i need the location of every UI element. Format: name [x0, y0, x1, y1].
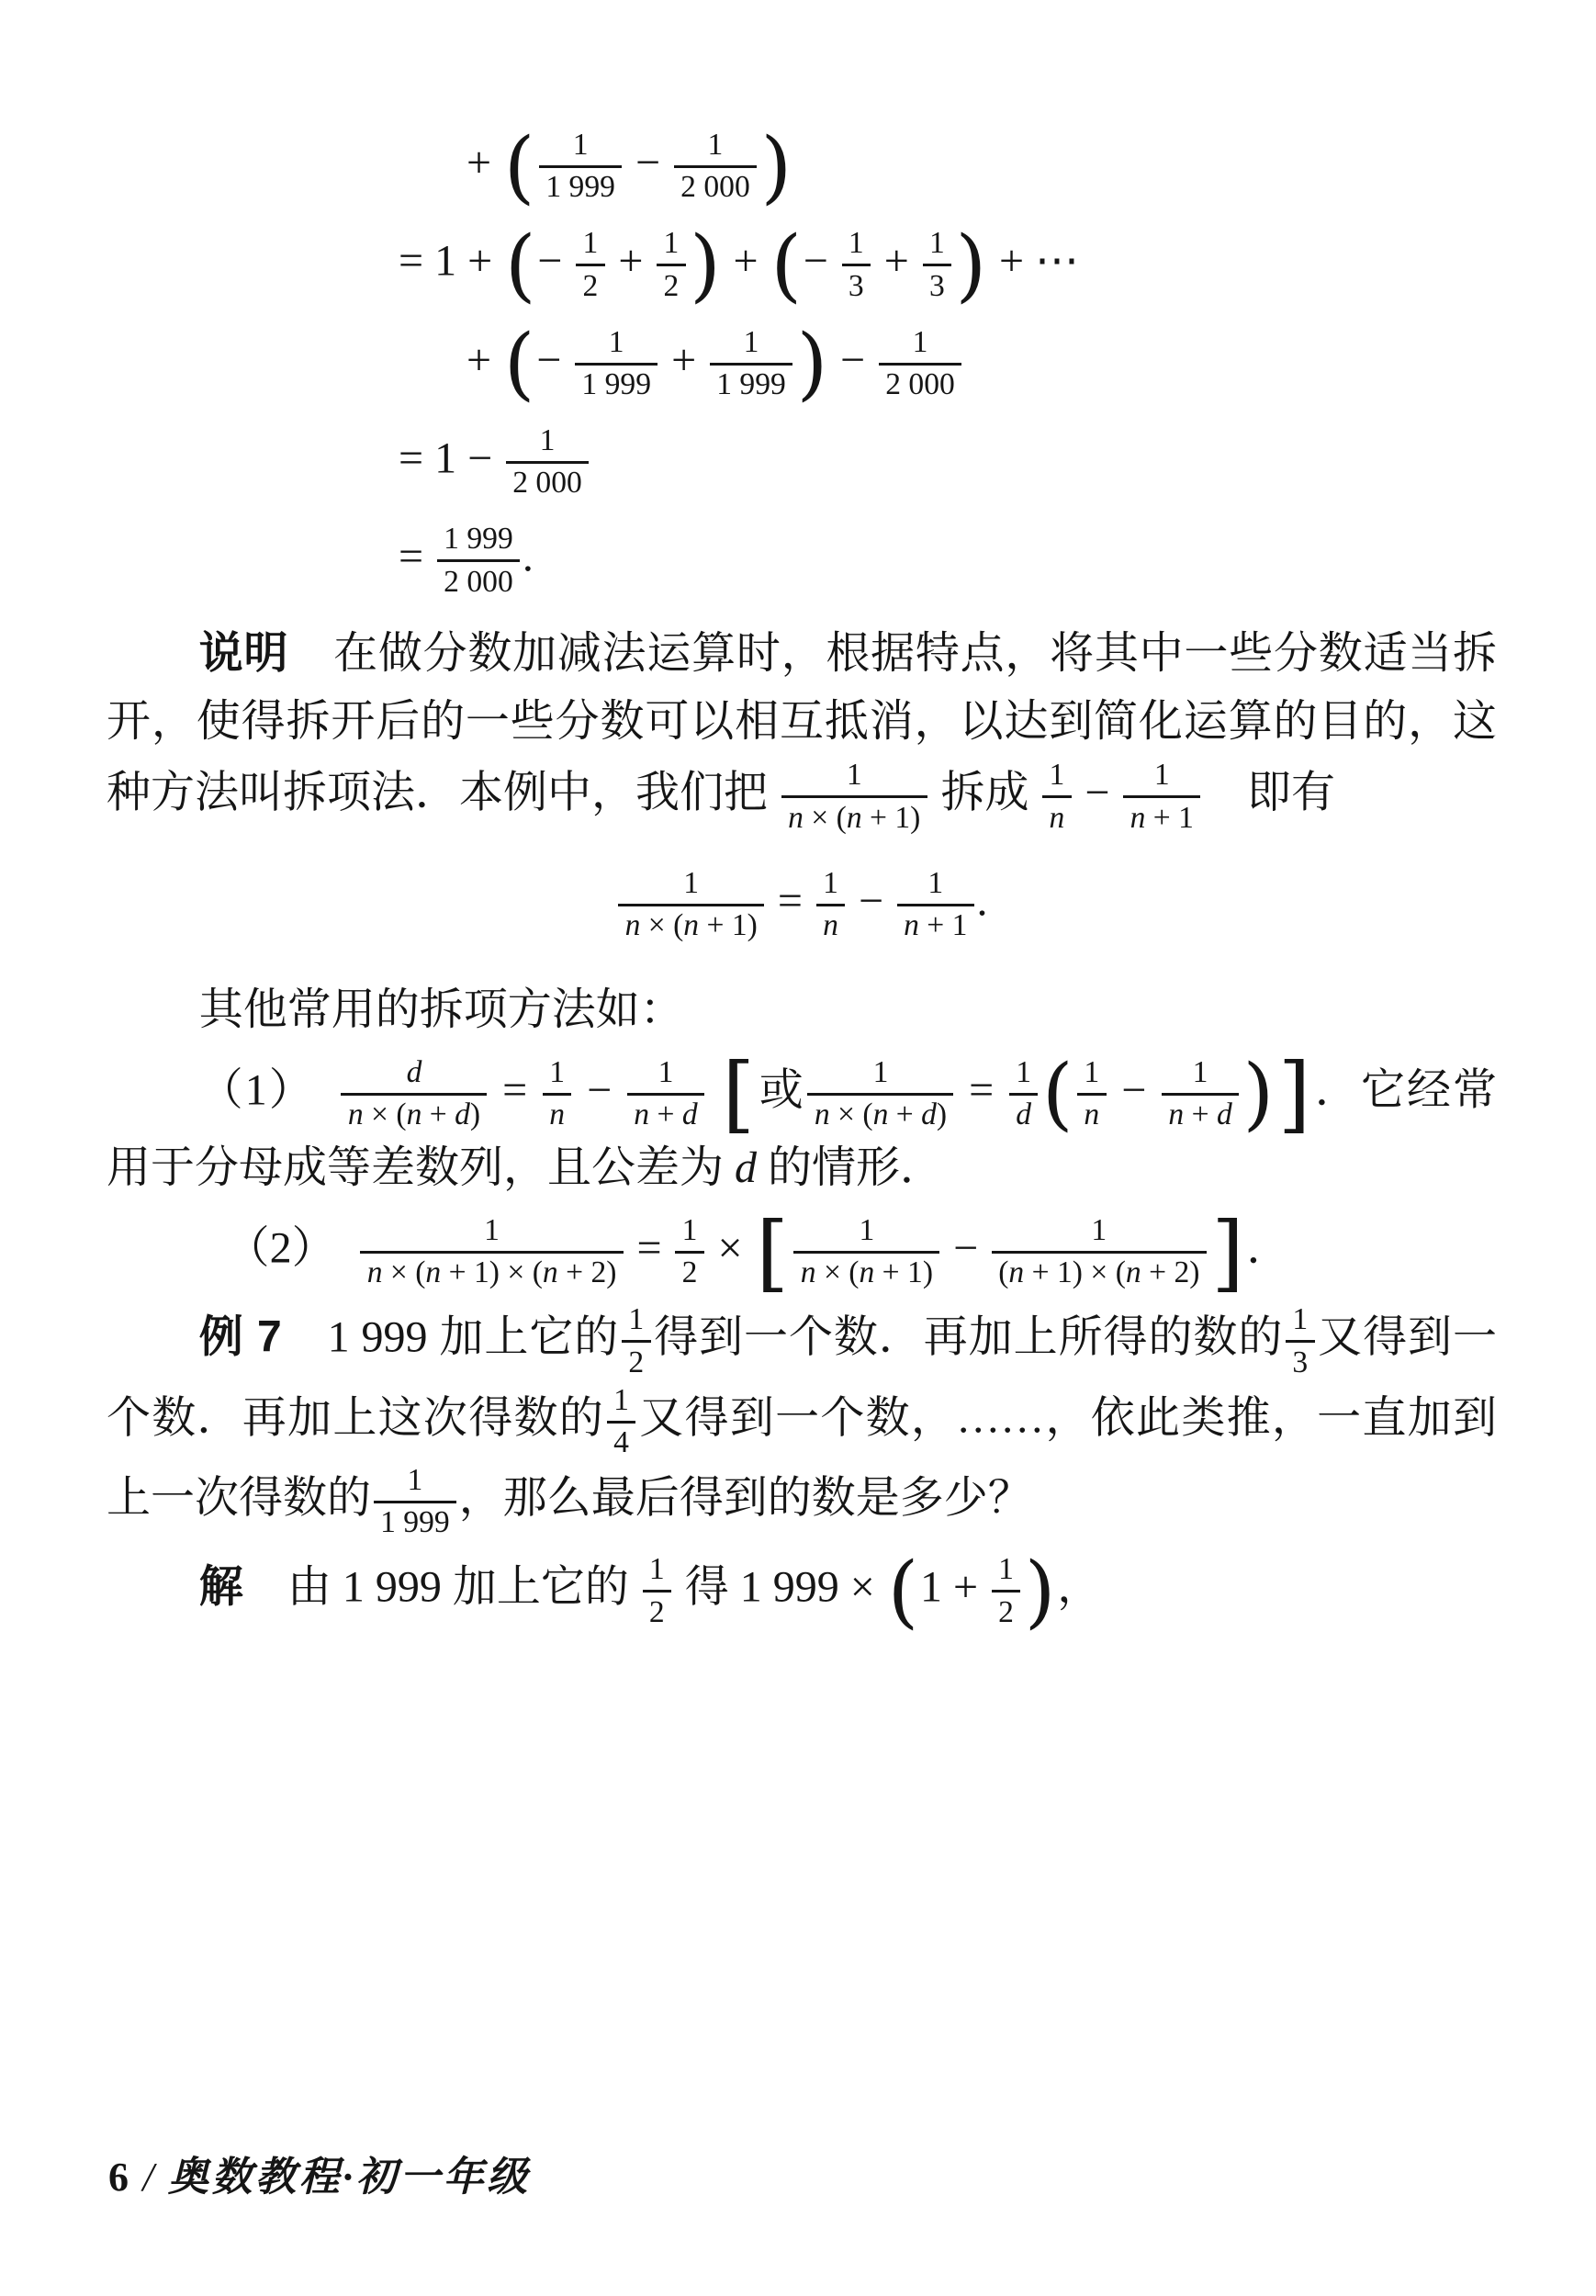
fraction-numerator: d [341, 1054, 487, 1096]
math-text: 1 [1193, 1055, 1208, 1089]
math-text: 1 [913, 325, 928, 359]
math-fraction: 1n [814, 865, 848, 945]
math-fraction: 11 999 [707, 324, 795, 404]
math-text: 1 999 [581, 367, 651, 401]
math-text: 1 [582, 226, 598, 260]
fraction-denominator: 1 999 [575, 366, 658, 404]
math-text: 1 [744, 325, 759, 359]
math-text: 2 000 [444, 565, 513, 599]
text-run: − [829, 335, 876, 384]
fraction-numerator: 1 [674, 127, 757, 168]
math-fraction: 1 9992 000 [434, 521, 523, 601]
fraction-denominator: 2 000 [437, 562, 520, 601]
math-fraction: 1n × (n + 1) [779, 757, 929, 837]
math-text: n × (n + 1) [625, 908, 758, 942]
text-run: = 1 + [399, 237, 503, 286]
math-text: 1 [1091, 1213, 1107, 1247]
math-text: n [823, 908, 838, 942]
fraction-denominator: 1 999 [710, 366, 792, 404]
fraction-denominator: 2 [576, 266, 605, 305]
fraction-numerator: 1 [842, 225, 871, 266]
math-text: 1 [998, 1552, 1014, 1586]
math-text: 1 [683, 866, 699, 900]
fraction-numerator: 1 [879, 324, 961, 366]
paren-delimiter: ) [954, 219, 988, 311]
fraction-numerator: 1 [992, 1551, 1021, 1593]
math-text: 1 [849, 226, 864, 260]
math-text: n × (n + 1) [788, 801, 920, 835]
derivation-line-3: + (− 11 999 + 11 999) − 12 000 [466, 324, 1497, 404]
label-run: 解 [199, 1563, 243, 1612]
math-fraction: 1n [1074, 1054, 1108, 1134]
fraction-denominator: 1 999 [539, 168, 622, 207]
fraction-numerator: 1 [781, 757, 927, 798]
bracket-delimiter: ] [1276, 1044, 1313, 1142]
text-run: . [523, 533, 534, 581]
fraction-numerator: 1 [675, 1212, 704, 1254]
page-footer: 6/奥数教程·初一年级 [108, 2144, 531, 2202]
fraction-denominator: 2 000 [674, 168, 757, 207]
math-text: n + 1 [1130, 801, 1194, 835]
math-text: 1 [927, 866, 943, 900]
math-text: 2 [628, 1345, 644, 1379]
math-fraction: 1d [1006, 1054, 1040, 1134]
label-run: 例 7 [199, 1313, 282, 1362]
math-text: 1 [613, 1383, 629, 1417]
fraction-numerator: 1 [807, 1054, 953, 1096]
fraction-denominator: n + d [627, 1096, 704, 1134]
math-text: 1 [649, 1552, 665, 1586]
text-run: − [1108, 1065, 1159, 1114]
fraction-numerator: 1 [374, 1462, 456, 1503]
fraction-numerator: 1 [539, 127, 622, 168]
math-text: 1 [1154, 758, 1170, 792]
text-run [707, 1065, 720, 1114]
fraction-denominator: n × (n + 1) [618, 906, 764, 945]
math-text: n × (n + d) [815, 1097, 947, 1131]
bracket-delimiter: [ [720, 1044, 758, 1142]
fraction-denominator: n × (n + d) [807, 1096, 953, 1134]
math-text: 1 999 [545, 170, 615, 204]
fraction-numerator: 1 [506, 422, 589, 464]
text-run: = [767, 876, 814, 925]
text-run: ． [1247, 1224, 1291, 1273]
text-run: − [942, 1224, 989, 1273]
text-run: （2） [226, 1224, 358, 1273]
fraction-numerator: 1 [360, 1212, 624, 1254]
fraction-denominator: n × (n + 1) [781, 798, 927, 837]
fraction-numerator: 1 999 [437, 521, 520, 562]
text-run: = [399, 533, 434, 581]
math-text: n + d [634, 1097, 697, 1131]
fraction-numerator: 1 [816, 865, 846, 906]
math-text: 1 [663, 226, 679, 260]
math-fraction: 12 000 [876, 324, 964, 404]
math-fraction: 11 999 [536, 127, 624, 207]
text-run: 1 + [920, 1563, 989, 1612]
math-text: 1 [540, 423, 556, 457]
text-run: 拆成 [929, 769, 1040, 817]
math-text: 2 [682, 1255, 698, 1289]
fraction-numerator: 1 [1123, 757, 1200, 798]
text-run: = [626, 1224, 673, 1273]
math-fraction: 13 [1283, 1301, 1317, 1381]
text-run: 其他常用的拆项方法如： [199, 985, 684, 1034]
fraction-denominator: 2 [675, 1254, 704, 1292]
fraction-denominator: 2 [992, 1593, 1021, 1631]
fraction-denominator: n × (n + d) [341, 1096, 487, 1134]
fraction-numerator: 1 [657, 225, 686, 266]
fraction-numerator: 1 [1009, 1054, 1039, 1096]
math-text: 1 [1016, 1055, 1031, 1089]
math-fraction: 12 [673, 1212, 707, 1292]
fraction-numerator: 1 [607, 1382, 636, 1424]
math-fraction: 1n + d [1159, 1054, 1242, 1134]
math-fraction: 11 999 [572, 324, 660, 404]
math-text: d [1016, 1097, 1031, 1131]
text-run: − [624, 139, 671, 187]
math-text: n + d [1168, 1097, 1231, 1131]
math-text: 2 000 [885, 367, 955, 401]
math-fraction: 12 000 [671, 127, 759, 207]
fraction-denominator: 2 [657, 266, 686, 305]
math-fraction: 11 999 [371, 1462, 459, 1542]
paren-delimiter: ( [770, 219, 804, 311]
text-run: 1 999 加上它的 [282, 1313, 620, 1362]
math-text: 4 [613, 1425, 629, 1459]
math-text: 2 [649, 1595, 665, 1629]
fraction-denominator: 2 [622, 1343, 651, 1381]
text-run: . [977, 876, 988, 925]
text-run: （1） [199, 1065, 339, 1114]
math-text: 1 [847, 758, 862, 792]
paren-delimiter: ) [1023, 1546, 1057, 1638]
text-run: 的情形． [757, 1143, 944, 1192]
text-run: + [660, 335, 707, 384]
math-text: 1 [609, 325, 624, 359]
fraction-denominator: n [816, 906, 846, 945]
math-fraction: 1n × (n + 1) [792, 1212, 942, 1292]
method-2: （2） 1n × (n + 1) × (n + 2) = 12 × [1n × … [107, 1212, 1497, 1292]
fraction-numerator: 1 [643, 1551, 672, 1593]
split-identity: 1n × (n + 1) = 1n − 1n + 1. [107, 865, 1497, 945]
fraction-numerator: 1 [543, 1054, 572, 1096]
remark-paragraph: 说明 在做分数加减法运算时，根据特点，将其中一些分数适当拆开，使得拆开后的一些分… [107, 620, 1497, 838]
fraction-denominator: 1 999 [374, 1503, 456, 1542]
paren-delimiter: ( [503, 219, 537, 311]
text-run: − [537, 237, 573, 286]
bracket-delimiter: [ [754, 1203, 792, 1301]
fraction-numerator: 1 [575, 324, 658, 366]
math-text: 1 [1292, 1302, 1308, 1336]
paren-delimiter: ) [795, 318, 829, 410]
derivation-line-2: = 1 + (− 12 + 12) + (− 13 + 13) + ⋯ [399, 225, 1497, 305]
math-text: n × (n + 1) [801, 1255, 933, 1289]
math-text: 1 [484, 1213, 500, 1247]
fraction-numerator: 1 [622, 1301, 651, 1343]
fraction-numerator: 1 [992, 1212, 1207, 1254]
derivation-line-1: + (11 999 − 12 000) [466, 127, 1497, 207]
fraction-denominator: n + d [1162, 1096, 1239, 1134]
math-fraction: 12 [619, 1301, 653, 1381]
math-fraction: 1n × (n + 1) × (n + 2) [358, 1212, 626, 1292]
math-text: 1 [1050, 758, 1065, 792]
paren-delimiter: ( [886, 1546, 920, 1638]
text-run: − [574, 1065, 624, 1114]
math-fraction: 13 [839, 225, 873, 305]
fraction-numerator: 1 [627, 1054, 704, 1096]
text-run: 或 [758, 1065, 805, 1114]
math-text: 1 [549, 1055, 565, 1089]
fraction-denominator: n [1077, 1096, 1107, 1134]
math-variable: d [735, 1143, 757, 1192]
math-text: n × (n + d) [348, 1097, 480, 1131]
math-text: 3 [1292, 1345, 1308, 1379]
text-run: 由 1 999 加上它的 [243, 1563, 640, 1612]
math-text: 1 [859, 1213, 874, 1247]
paren-delimiter: ( [1040, 1048, 1074, 1140]
math-text: d [407, 1055, 422, 1089]
fraction-denominator: 3 [842, 266, 871, 305]
math-fraction: 13 [920, 225, 954, 305]
math-text: 3 [929, 269, 945, 303]
math-text: 1 [708, 128, 724, 162]
fraction-denominator: n + 1 [1123, 798, 1200, 837]
math-fraction: 12 [654, 225, 688, 305]
math-text: 1 [658, 1055, 674, 1089]
text-run: − [804, 237, 839, 286]
math-text: 1 [628, 1302, 644, 1336]
text-run: × [707, 1224, 754, 1273]
book-title: 奥数教程·初一年级 [168, 2155, 531, 2200]
fraction-numerator: 1 [923, 225, 952, 266]
fraction-denominator: 3 [1286, 1343, 1315, 1381]
footer-separator: / [129, 2155, 168, 2200]
fraction-denominator: (n + 1) × (n + 2) [992, 1254, 1207, 1292]
fraction-denominator: n × (n + 1) × (n + 2) [360, 1254, 624, 1292]
text-run: + [607, 237, 654, 286]
fraction-denominator: 3 [923, 266, 952, 305]
math-text: 1 [573, 128, 589, 162]
math-text: n [549, 1097, 565, 1131]
math-text: (n + 1) × (n + 2) [998, 1255, 1199, 1289]
math-fraction: dn × (n + d) [339, 1054, 489, 1134]
math-text: 1 [873, 1055, 889, 1089]
text-run: ，那么最后得到的数是多少？ [459, 1474, 1032, 1523]
paren-delimiter: ) [1242, 1048, 1276, 1140]
fraction-denominator: 2 000 [879, 366, 961, 404]
text-run: 得到一个数．再加上所得的数的 [653, 1313, 1283, 1362]
text-run: + [873, 237, 920, 286]
text-run: − [536, 335, 572, 384]
page-number: 6 [108, 2155, 129, 2200]
math-text: 2 [663, 269, 679, 303]
text-run: + ⋯ [988, 237, 1079, 286]
math-text: n × (n + 1) × (n + 2) [367, 1255, 617, 1289]
paren-delimiter: ( [502, 121, 536, 213]
fraction-numerator: 1 [1162, 1054, 1239, 1096]
fraction-denominator: 4 [607, 1424, 636, 1462]
fraction-denominator: n [543, 1096, 572, 1134]
method-1: （1） dn × (n + d) = 1n − 1n + d [或1n × (n… [107, 1054, 1497, 1203]
example-7: 例 7 1 999 加上它的12得到一个数．再加上所得的数的13又得到一个数．再… [107, 1301, 1497, 1542]
fraction-denominator: n × (n + 1) [793, 1254, 939, 1292]
other-methods-intro: 其他常用的拆项方法如： [107, 976, 1497, 1045]
text-run: = 1 − [399, 434, 503, 483]
math-text: n [1084, 1097, 1099, 1131]
math-text: 2 [998, 1595, 1014, 1629]
math-text: 1 999 [444, 522, 513, 556]
text-run: 得 1 999 × [674, 1563, 886, 1612]
math-fraction: 12 000 [503, 422, 591, 502]
fraction-numerator: 1 [576, 225, 605, 266]
text-run: 即有 [1203, 769, 1335, 817]
math-fraction: 12 [573, 225, 607, 305]
paren-delimiter: ) [759, 121, 793, 213]
math-fraction: 14 [604, 1382, 638, 1462]
fraction-denominator: 2 000 [506, 464, 589, 502]
math-text: 3 [849, 269, 864, 303]
math-fraction: 1n + 1 [1120, 757, 1203, 837]
text-run: + [723, 237, 770, 286]
math-fraction: 1n × (n + 1) [615, 865, 766, 945]
math-text: 2 000 [680, 170, 750, 204]
math-fraction: 12 [640, 1551, 674, 1631]
text-run: − [848, 876, 894, 925]
math-text: 1 [823, 866, 838, 900]
bracket-delimiter: ] [1209, 1203, 1247, 1301]
text-run: + [466, 335, 502, 384]
derivation-line-4: = 1 − 12 000 [399, 422, 1497, 502]
math-text: 1 999 [380, 1505, 450, 1539]
paren-delimiter: ( [502, 318, 536, 410]
text-run: − [1073, 769, 1120, 817]
math-text: 1 [929, 226, 945, 260]
fraction-numerator: 1 [793, 1212, 939, 1254]
math-text: 1 [682, 1213, 698, 1247]
solution-start: 解 由 1 999 加上它的 12 得 1 999 × (1 + 12)， [107, 1551, 1497, 1631]
text-run: + [466, 139, 502, 187]
paren-delimiter: ) [688, 219, 722, 311]
math-text: n [1050, 801, 1065, 835]
book-page: + (11 999 − 12 000)= 1 + (− 12 + 12) + (… [0, 0, 1596, 2296]
math-fraction: 1n × (n + d) [805, 1054, 956, 1134]
fraction-denominator: 2 [643, 1593, 672, 1631]
derivation-line-5: = 1 9992 000. [399, 521, 1497, 601]
fraction-denominator: n + 1 [897, 906, 974, 945]
fraction-denominator: n [1042, 798, 1072, 837]
fraction-numerator: 1 [897, 865, 974, 906]
fraction-numerator: 1 [1077, 1054, 1107, 1096]
text-run: ， [1057, 1563, 1101, 1612]
math-fraction: 1n + 1 [894, 865, 977, 945]
content-blocks: + (11 999 − 12 000)= 1 + (− 12 + 12) + (… [107, 127, 1497, 1632]
label-run: 说明 [199, 629, 289, 678]
text-run: = [489, 1065, 540, 1114]
math-text: 2 000 [512, 466, 582, 500]
math-fraction: 1n + d [624, 1054, 707, 1134]
math-text: n + 1 [904, 908, 967, 942]
fraction-numerator: 1 [710, 324, 792, 366]
math-fraction: 1n [540, 1054, 574, 1134]
math-text: 1 999 [716, 367, 786, 401]
text-run: = [956, 1065, 1006, 1114]
math-text: 1 [407, 1463, 422, 1497]
math-text: 1 [1084, 1055, 1099, 1089]
fraction-numerator: 1 [1042, 757, 1072, 798]
math-fraction: 1(n + 1) × (n + 2) [989, 1212, 1208, 1292]
math-fraction: 1n [1040, 757, 1073, 837]
fraction-numerator: 1 [618, 865, 764, 906]
math-text: 2 [582, 269, 598, 303]
math-fraction: 12 [989, 1551, 1023, 1631]
fraction-denominator: d [1009, 1096, 1039, 1134]
fraction-numerator: 1 [1286, 1301, 1315, 1343]
